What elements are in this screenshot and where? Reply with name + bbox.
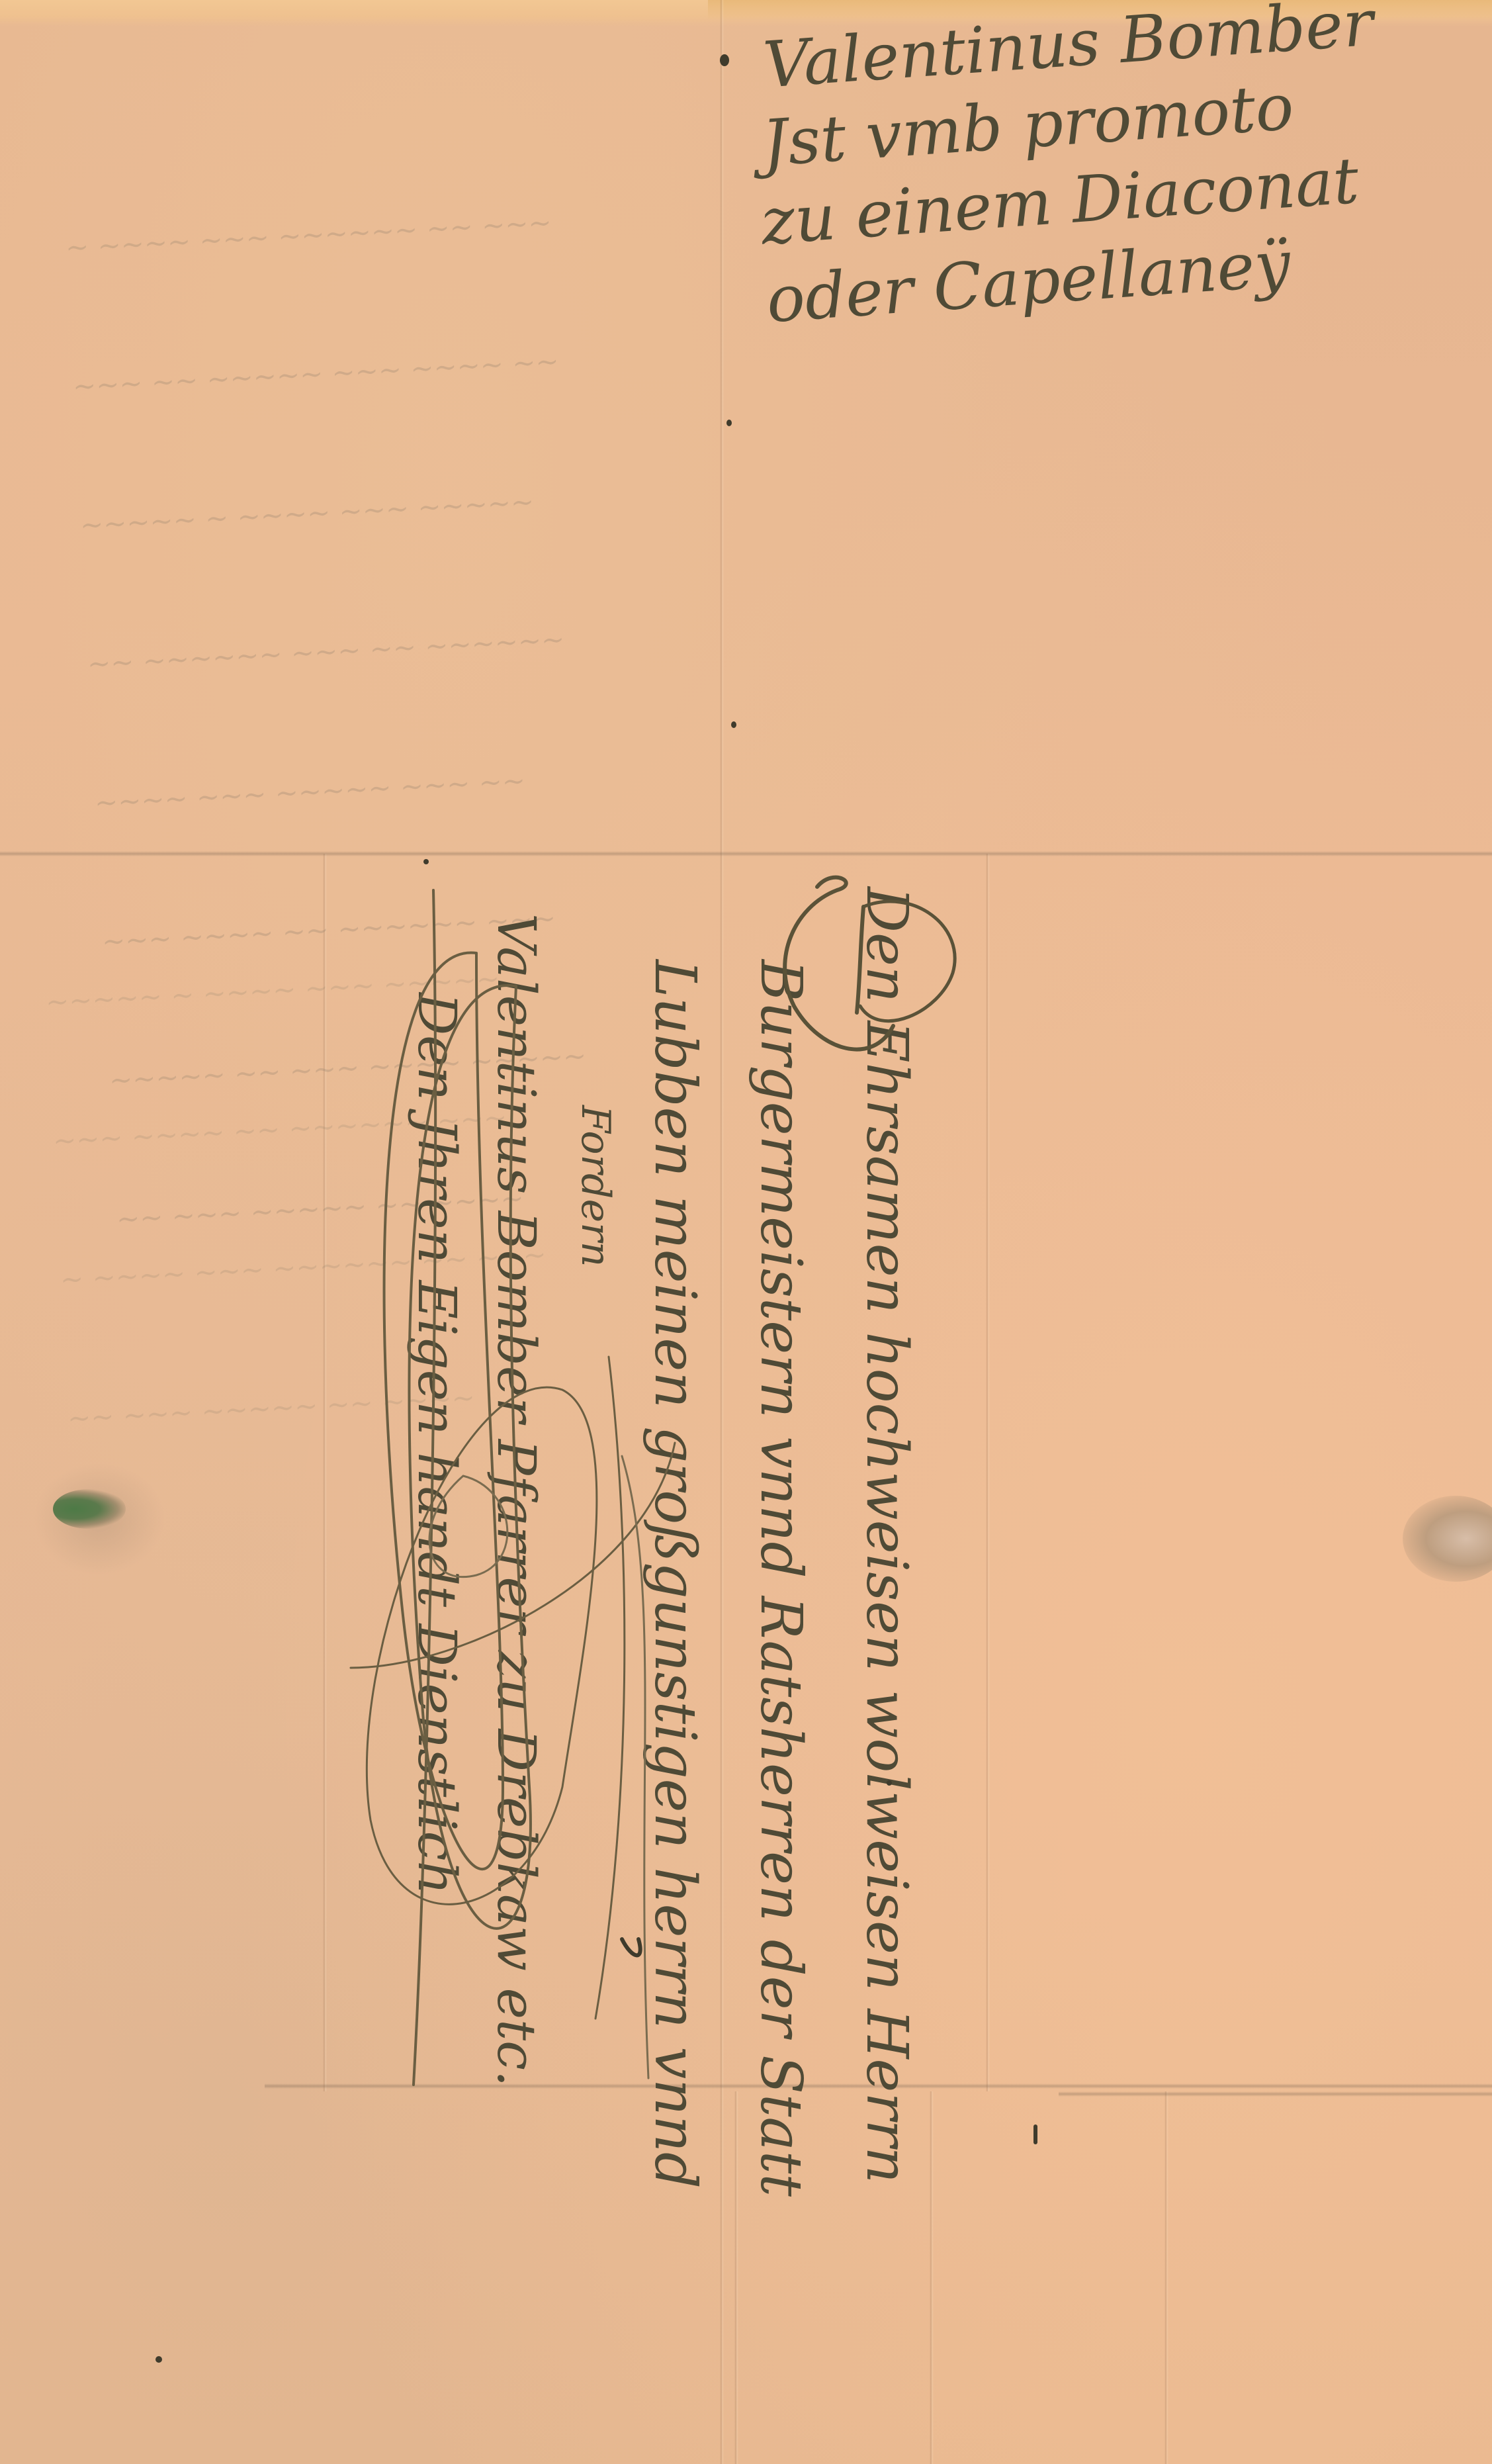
- ink-speck: [423, 859, 429, 864]
- sender-line-1: Valentinus Bomber Pfarrer zu Drebkaw etc…: [476, 913, 556, 2087]
- docket-note: Valentinus Bomber Jst vmb promoto zu ein…: [761, 0, 1475, 338]
- paper-sheet: ~ ~~~~ ~~~ ~~~~~~ ~~ ~~~ ~~~ ~~ ~~~~~ ~~…: [0, 0, 1492, 2464]
- bleed-line: ~~ ~~~~~~ ~~~ ~~ ~~~~~~: [86, 616, 574, 687]
- green-wax-stain-icon: [53, 1489, 126, 1529]
- ink-speck: [731, 721, 736, 728]
- bleed-line: ~~~~~ ~ ~~~~ ~~~ ~~~~~: [79, 477, 567, 549]
- address-block: Den Ehrsamen hochweisen wolweisen Herrn …: [622, 887, 940, 2197]
- address-line-2: Burgermeistern vnnd Ratsherren der Statt: [728, 960, 834, 2197]
- ink-speck: [155, 2356, 162, 2363]
- fold-line-vertical-lower-right: [1164, 2091, 1168, 2464]
- sender-block: Fordern Valentinus Bomber Pfarrer zu Dre…: [397, 913, 635, 2087]
- bleed-line: ~~~~ ~~~ ~~~~~ ~~~ ~~: [93, 754, 582, 826]
- address-closing: Fordern: [556, 1105, 635, 2087]
- bleed-line: ~ ~~~~ ~~~ ~~~~~~ ~~ ~~~: [64, 199, 552, 271]
- ink-speck: [1033, 2124, 1037, 2144]
- ink-speck: [720, 54, 729, 66]
- bleed-line: ~~~ ~~ ~~~~~ ~~~ ~~~~ ~~: [71, 338, 560, 410]
- seal-impression-icon: [1403, 1496, 1492, 1582]
- fold-line-vertical-right: [986, 854, 990, 2091]
- sender-line-2: Den Jhren Eigen handt Dienstlich: [397, 993, 476, 2087]
- address-line-3: Lubben meinen großgunstigen herrn vnnd: [622, 960, 728, 2197]
- fold-line-horizontal-lower-right: [1059, 2091, 1492, 2097]
- ink-speck: [887, 1780, 892, 1786]
- ink-speck: [726, 420, 732, 426]
- address-line-1: Den Ehrsamen hochweisen wolweisen Herrn: [834, 887, 940, 2197]
